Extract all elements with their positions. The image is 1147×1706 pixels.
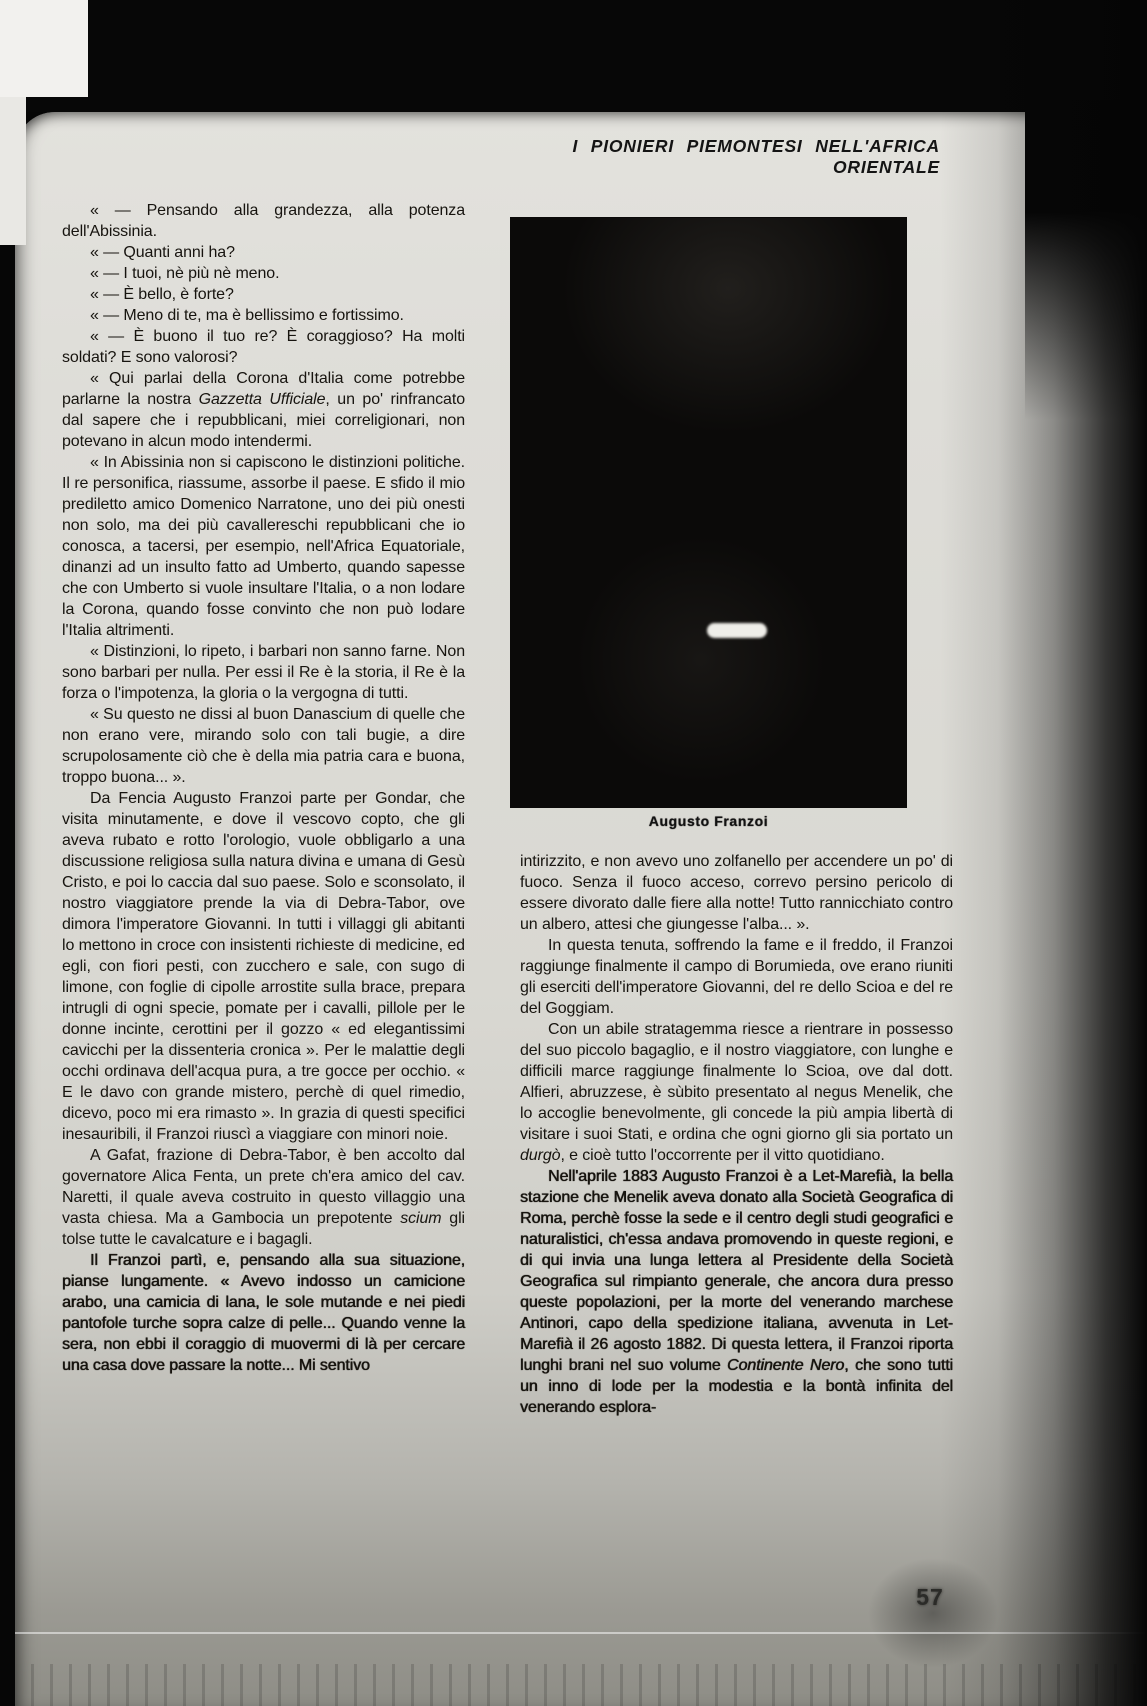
italic-text: durgò bbox=[520, 1147, 560, 1164]
photo-caption: Augusto Franzoi bbox=[511, 813, 906, 829]
italic-text: Gazzetta Ufficiale bbox=[199, 391, 326, 408]
text-segment: In questa tenuta, soffrendo la fame e il… bbox=[520, 937, 953, 1017]
paragraph: « In Abissinia non si capiscono le disti… bbox=[62, 452, 465, 641]
text-segment: « — Quanti anni ha? bbox=[90, 244, 235, 261]
text-segment: « — Meno di te, ma è bellissimo e fortis… bbox=[90, 307, 404, 324]
paragraph: intirizzito, e non avevo uno zolfanello … bbox=[520, 851, 953, 935]
photo-texture bbox=[511, 218, 906, 807]
scan-white-patch-small bbox=[0, 97, 26, 245]
running-header: I PIONIERI PIEMONTESI NELL'AFRICA ORIENT… bbox=[480, 136, 940, 178]
text-segment: Nell'aprile 1883 Augusto Franzoi è a Let… bbox=[520, 1168, 953, 1374]
scan-white-patch bbox=[0, 0, 88, 97]
text-segment: Da Fencia Augusto Franzoi parte per Gond… bbox=[62, 790, 465, 1143]
paragraph: In questa tenuta, soffrendo la fame e il… bbox=[520, 935, 953, 1019]
text-segment: Con un abile stratagemma riesce a rientr… bbox=[520, 1021, 953, 1143]
right-column: intirizzito, e non avevo uno zolfanello … bbox=[520, 851, 953, 1418]
paragraph: « Qui parlai della Corona d'Italia come … bbox=[62, 368, 465, 452]
text-segment: « — Pensando alla grandezza, alla potenz… bbox=[62, 202, 465, 240]
portrait-photo bbox=[511, 218, 906, 807]
paragraph: « — È buono il tuo re? È coraggioso? Ha … bbox=[62, 326, 465, 368]
paragraph: « — Quanti anni ha? bbox=[62, 242, 465, 263]
text-segment: « Su questo ne dissi al buon Danascium d… bbox=[62, 706, 465, 786]
italic-text: scium bbox=[400, 1210, 441, 1227]
scanned-book-page: I PIONIERI PIEMONTESI NELL'AFRICA ORIENT… bbox=[0, 0, 1147, 1706]
italic-text: Continente Nero bbox=[727, 1357, 844, 1374]
paragraph: « — I tuoi, nè più nè meno. bbox=[62, 263, 465, 284]
text-segment: « — È bello, è forte? bbox=[90, 286, 234, 303]
text-segment: intirizzito, e non avevo uno zolfanello … bbox=[520, 853, 953, 933]
paragraph: Da Fencia Augusto Franzoi parte per Gond… bbox=[62, 788, 465, 1145]
text-segment: « — È buono il tuo re? È coraggioso? Ha … bbox=[62, 328, 465, 366]
paragraph: « — È bello, è forte? bbox=[62, 284, 465, 305]
text-segment: Il Franzoi partì, e, pensando alla sua s… bbox=[62, 1252, 465, 1374]
text-segment: « Distinzioni, lo ripeto, i barbari non … bbox=[62, 643, 465, 702]
paragraph: Con un abile stratagemma riesce a rientr… bbox=[520, 1019, 953, 1166]
scan-right-shadow bbox=[940, 0, 1147, 1706]
text-segment: , e cioè tutto l'occorrente per il vitto… bbox=[560, 1147, 884, 1164]
paragraph: A Gafat, frazione di Debra-Tabor, è ben … bbox=[62, 1145, 465, 1250]
paragraph: Nell'aprile 1883 Augusto Franzoi è a Let… bbox=[520, 1166, 953, 1418]
left-column: « — Pensando alla grandezza, alla potenz… bbox=[62, 200, 465, 1376]
paragraph: « Distinzioni, lo ripeto, i barbari non … bbox=[62, 641, 465, 704]
paragraph: Il Franzoi partì, e, pensando alla sua s… bbox=[62, 1250, 465, 1376]
paragraph: « Su questo ne dissi al buon Danascium d… bbox=[62, 704, 465, 788]
paragraph: « — Meno di te, ma è bellissimo e fortis… bbox=[62, 305, 465, 326]
photo-highlight bbox=[707, 623, 767, 638]
text-segment: « — I tuoi, nè più nè meno. bbox=[90, 265, 279, 282]
text-segment: « In Abissinia non si capiscono le disti… bbox=[62, 454, 465, 639]
paragraph: « — Pensando alla grandezza, alla potenz… bbox=[62, 200, 465, 242]
